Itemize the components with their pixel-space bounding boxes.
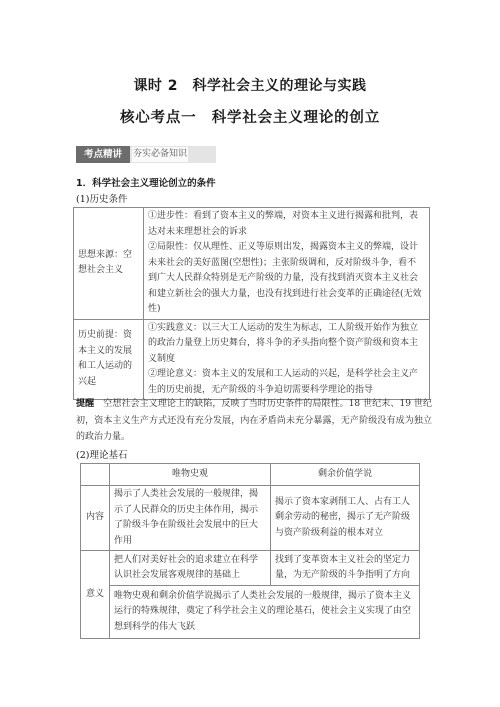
table-header-row: 唯物史观 剩余价值学说 [81,464,420,486]
table-cell: 唯物史观和剩余价值学说揭示了人类社会发展的一般规律，揭示了资本主义运行的特殊规律… [110,586,420,639]
subheading-history: (1)历史条件 [76,191,127,205]
row-label: 内容 [81,486,110,551]
theory-foundation-table: 唯物史观 剩余价值学说 内容 揭示了人类社会发展的一般规律，揭示了人民群众的历史… [80,463,420,639]
subheading-theory: (2)理论基石 [76,447,127,461]
row-content: ①进步性：看到了资本主义的弊端，对资本主义进行揭露和批判，表达对未来理想社会的诉… [144,208,430,320]
header-cell: 剩余价值学说 [271,464,420,486]
table-cell: 揭示了人类社会发展的一般规律，揭示了人民群众的历史主体作用，揭示了阶级斗争在阶级… [110,486,271,551]
section-heading: 1．科学社会主义理论创立的条件 [76,175,216,189]
lesson-title: 课时 2 科学社会主义的理论与实践 [0,75,500,95]
list-item: ①进步性：看到了资本主义的弊端，对资本主义进行揭露和批判，表达对未来理想社会的诉… [148,209,425,240]
list-item: ①实践意义：以三大工人运动的发生为标志，工人阶级开始作为独立的政治力量登上历史舞… [148,321,425,368]
tag-bar: 考点精讲 夯实必备知识 [76,146,216,163]
history-conditions-table: 思想来源：空想社会主义 ①进步性：看到了资本主义的弊端，对资本主义进行揭露和批判… [73,207,430,400]
tip-label: 提醒 [76,399,94,409]
table-cell: 把人们对美好社会的追求建立在科学认识社会发展客观规律的基础上 [110,551,271,586]
table-cell: 找到了变革资本主义社会的坚定力量，为无产阶级的斗争指明了方向 [271,551,420,586]
table-row: 内容 揭示了人类社会发展的一般规律，揭示了人民群众的历史主体作用，揭示了阶级斗争… [81,486,420,551]
tip-text: 空想社会主义理论上的缺陷，反映了当时历史条件的局限性。18 世纪末、19 世纪初… [76,399,432,442]
list-item: ②局限性：仅从理性、正义等原则出发，揭露资本主义的弊端，设计未来社会的美好蓝图(… [148,240,425,318]
header-cell: 唯物史观 [110,464,271,486]
table-row: 历史前提：资本主义的发展和工人运动的兴起 ①实践意义：以三大工人运动的发生为标志… [74,319,430,400]
table-row: 唯物史观和剩余价值学说揭示了人类社会发展的一般规律，揭示了资本主义运行的特殊规律… [81,586,420,639]
row-label: 思想来源：空想社会主义 [74,208,144,320]
list-item: ②理论意义：资本主义的发展和工人运动的兴起，是科学社会主义产生的历史前提，无产阶… [148,367,425,398]
table-cell: 揭示了资本家剥削工人、占有工人剩余劳动的秘密，揭示了无产阶级与资产阶级利益的根本… [271,486,420,551]
row-label: 意义 [81,551,110,639]
table-row: 意义 把人们对美好社会的追求建立在科学认识社会发展客观规律的基础上 找到了变革资… [81,551,420,586]
tip-paragraph: 提醒 空想社会主义理论上的缺陷，反映了当时历史条件的局限性。18 世纪末、19 … [76,396,432,446]
row-content: ①实践意义：以三大工人运动的发生为标志，工人阶级开始作为独立的政治力量登上历史舞… [144,319,430,400]
table-row: 思想来源：空想社会主义 ①进步性：看到了资本主义的弊端，对资本主义进行揭露和批判… [74,208,430,320]
row-label: 历史前提：资本主义的发展和工人运动的兴起 [74,319,144,400]
tag-sublabel: 夯实必备知识 [132,147,188,162]
header-cell [81,464,110,486]
section-title: 核心考点一 科学社会主义理论的创立 [0,106,500,127]
tag-label: 考点精讲 [76,146,130,163]
